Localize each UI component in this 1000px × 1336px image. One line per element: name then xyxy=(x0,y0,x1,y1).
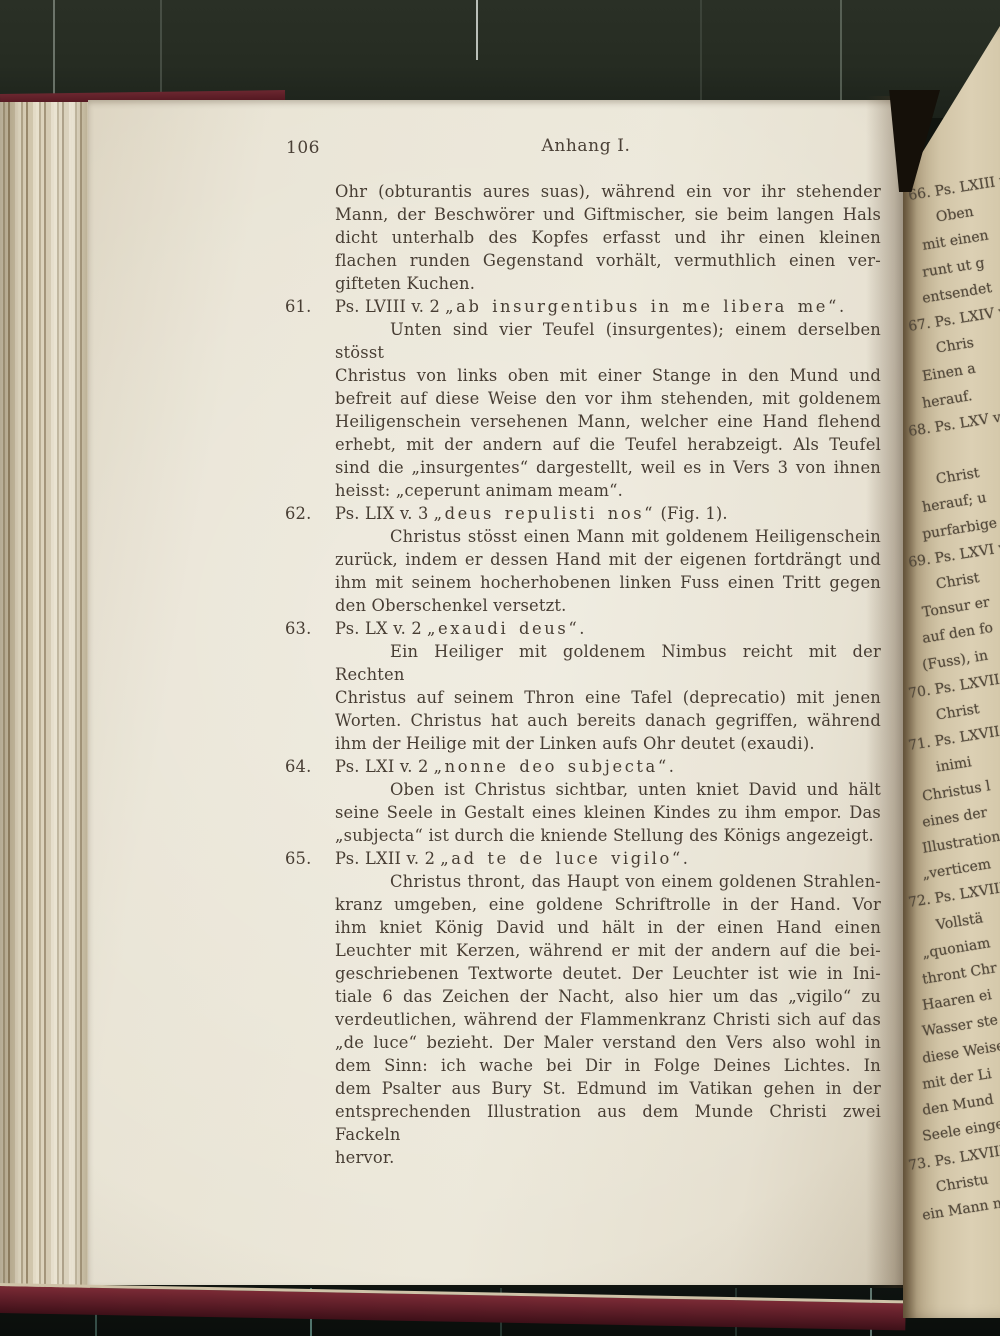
paragraph-line: Christus stösst einen Mann mit goldenem … xyxy=(335,525,881,548)
latin-quote: „ad te de luce vigilo“ xyxy=(440,849,683,868)
running-header: Anhang I. xyxy=(516,136,656,156)
entry-number: 62. xyxy=(285,502,335,525)
entry-number: 63. xyxy=(285,617,335,640)
page-stack-fore-edge xyxy=(0,102,90,1288)
tile-grout-line xyxy=(476,0,478,60)
paragraph-line: Christus auf seinem Thron eine Tafel (de… xyxy=(335,686,881,709)
latin-quote: „exaudi deus“ xyxy=(427,619,579,638)
paragraph-line: Mann, der Beschwörer und Giftmischer, si… xyxy=(335,203,881,226)
entry-64: 64.Ps. LXI v. 2„nonne deo subjecta“. Obe… xyxy=(285,755,885,847)
paragraph-line: Ohr (obturantis aures suas), während ein… xyxy=(335,180,881,203)
next-page-text-fragments: 66. Ps. LXIII vObenmit einenrunt ut gent… xyxy=(903,184,1000,1232)
paragraph-line: Unten sind vier Teufel (insurgentes); ei… xyxy=(335,318,881,364)
paragraph-line: Heiligenschein versehenen Mann, welcher … xyxy=(335,410,881,433)
latin-quote: „ab insurgentibus in me libera me“ xyxy=(445,297,839,316)
paragraph-line: entsprechenden Illustration aus dem Mund… xyxy=(335,1100,881,1146)
paragraph-line: „subjecta“ ist durch die kniende Stellun… xyxy=(335,824,881,847)
paragraph-line: Worten. Christus hat auch bereits danach… xyxy=(335,709,881,732)
intro-paragraph: Ohr (obturantis aures suas), während ein… xyxy=(285,180,885,295)
entry-heading-tail: . xyxy=(839,297,844,316)
paragraph-line: kranz umgeben, eine goldene Schriftrolle… xyxy=(335,893,881,916)
entry-heading: 61.Ps. LVIII v. 2„ab insurgentibus in me… xyxy=(285,295,885,318)
paragraph-line: Christus thront, das Haupt von einem gol… xyxy=(335,870,881,893)
paragraph-line: „de luce“ bezieht. Der Maler verstand de… xyxy=(335,1031,881,1054)
paragraph-line: ihm mit seinem hocherhobenen linken Fuss… xyxy=(335,571,881,594)
paragraph-line: dem Sinn: ich wache bei Dir in Folge Dei… xyxy=(335,1054,881,1077)
paragraph-line: erhebt, mit der andern auf die Teufel he… xyxy=(335,433,881,456)
paragraph-line: geschriebenen Textworte deutet. Der Leuc… xyxy=(335,962,881,985)
entry-65: 65.Ps. LXII v. 2„ad te de luce vigilo“. … xyxy=(285,847,885,1169)
paragraph-line: verdeutlichen, während der Flammenkranz … xyxy=(335,1008,881,1031)
psalm-reference: Ps. LXII v. 2 xyxy=(335,849,435,868)
paragraph-line: seine Seele in Gestalt eines kleinen Kin… xyxy=(335,801,881,824)
entry-heading: 65.Ps. LXII v. 2„ad te de luce vigilo“. xyxy=(285,847,885,870)
paragraph-line: zurück, indem er dessen Hand mit der eig… xyxy=(335,548,881,571)
entry-number: 64. xyxy=(285,755,335,778)
latin-quote: „nonne deo subjecta“ xyxy=(434,757,669,776)
latin-quote: „deus repulisti nos“ xyxy=(434,504,656,523)
entry-heading-tail: (Fig. 1). xyxy=(655,504,728,523)
paragraph-line: Christus von links oben mit einer Stange… xyxy=(335,364,881,387)
entry-heading: 62.Ps. LIX v. 3„deus repulisti nos“ (Fig… xyxy=(285,502,885,525)
entry-heading-tail: . xyxy=(669,757,674,776)
paragraph-line: ihm kniet König David und hält in der ei… xyxy=(335,916,881,939)
entry-number: 61. xyxy=(285,295,335,318)
paragraph-line: sind die „insurgentes“ dargestellt, weil… xyxy=(335,456,881,479)
entry-heading: 64.Ps. LXI v. 2„nonne deo subjecta“. xyxy=(285,755,885,778)
paragraph-line: heisst: „ceperunt animam meam“. xyxy=(335,479,881,502)
entry-number: 65. xyxy=(285,847,335,870)
psalm-reference: Ps. LX v. 2 xyxy=(335,619,422,638)
entry-63: 63.Ps. LX v. 2„exaudi deus“. Ein Heilige… xyxy=(285,617,885,755)
paragraph-line: den Oberschenkel versetzt. xyxy=(335,594,881,617)
paragraph-line: Oben ist Christus sichtbar, unten kniet … xyxy=(335,778,881,801)
paragraph-line: Leuchter mit Kerzen, während er mit der … xyxy=(335,939,881,962)
entry-heading-tail: . xyxy=(579,619,584,638)
paragraph-line: ihm der Heilige mit der Linken aufs Ohr … xyxy=(335,732,881,755)
book-page: 106 Anhang I. Ohr (obturantis aures suas… xyxy=(88,100,910,1285)
psalm-reference: Ps. LVIII v. 2 xyxy=(335,297,440,316)
paragraph-line: befreit auf diese Weise den vor ihm steh… xyxy=(335,387,881,410)
paragraph-line: gifteten Kuchen. xyxy=(335,272,881,295)
entry-heading-tail: . xyxy=(683,849,688,868)
paragraph-line: flachen runden Gegenstand vorhält, vermu… xyxy=(335,249,881,272)
paragraph-line: dem Psalter aus Bury St. Edmund im Vatik… xyxy=(335,1077,881,1100)
paragraph-line: Ein Heiliger mit goldenem Nimbus reicht … xyxy=(335,640,881,686)
next-page-edge: 66. Ps. LXIII vObenmit einenrunt ut gent… xyxy=(903,26,1000,1318)
paragraph-line: hervor. xyxy=(335,1146,881,1169)
page-number: 106 xyxy=(286,138,320,158)
entry-heading: 63.Ps. LX v. 2„exaudi deus“. xyxy=(285,617,885,640)
entry-61: 61.Ps. LVIII v. 2„ab insurgentibus in me… xyxy=(285,295,885,502)
text-column: Ohr (obturantis aures suas), während ein… xyxy=(285,180,885,1169)
psalm-reference: Ps. LIX v. 3 xyxy=(335,504,429,523)
entry-62: 62.Ps. LIX v. 3„deus repulisti nos“ (Fig… xyxy=(285,502,885,617)
psalm-reference: Ps. LXI v. 2 xyxy=(335,757,429,776)
paragraph-line: dicht unterhalb des Kopfes erfasst und i… xyxy=(335,226,881,249)
paragraph-line: tiale 6 das Zeichen der Nacht, also hier… xyxy=(335,985,881,1008)
book-photo: 106 Anhang I. Ohr (obturantis aures suas… xyxy=(0,0,1000,1336)
